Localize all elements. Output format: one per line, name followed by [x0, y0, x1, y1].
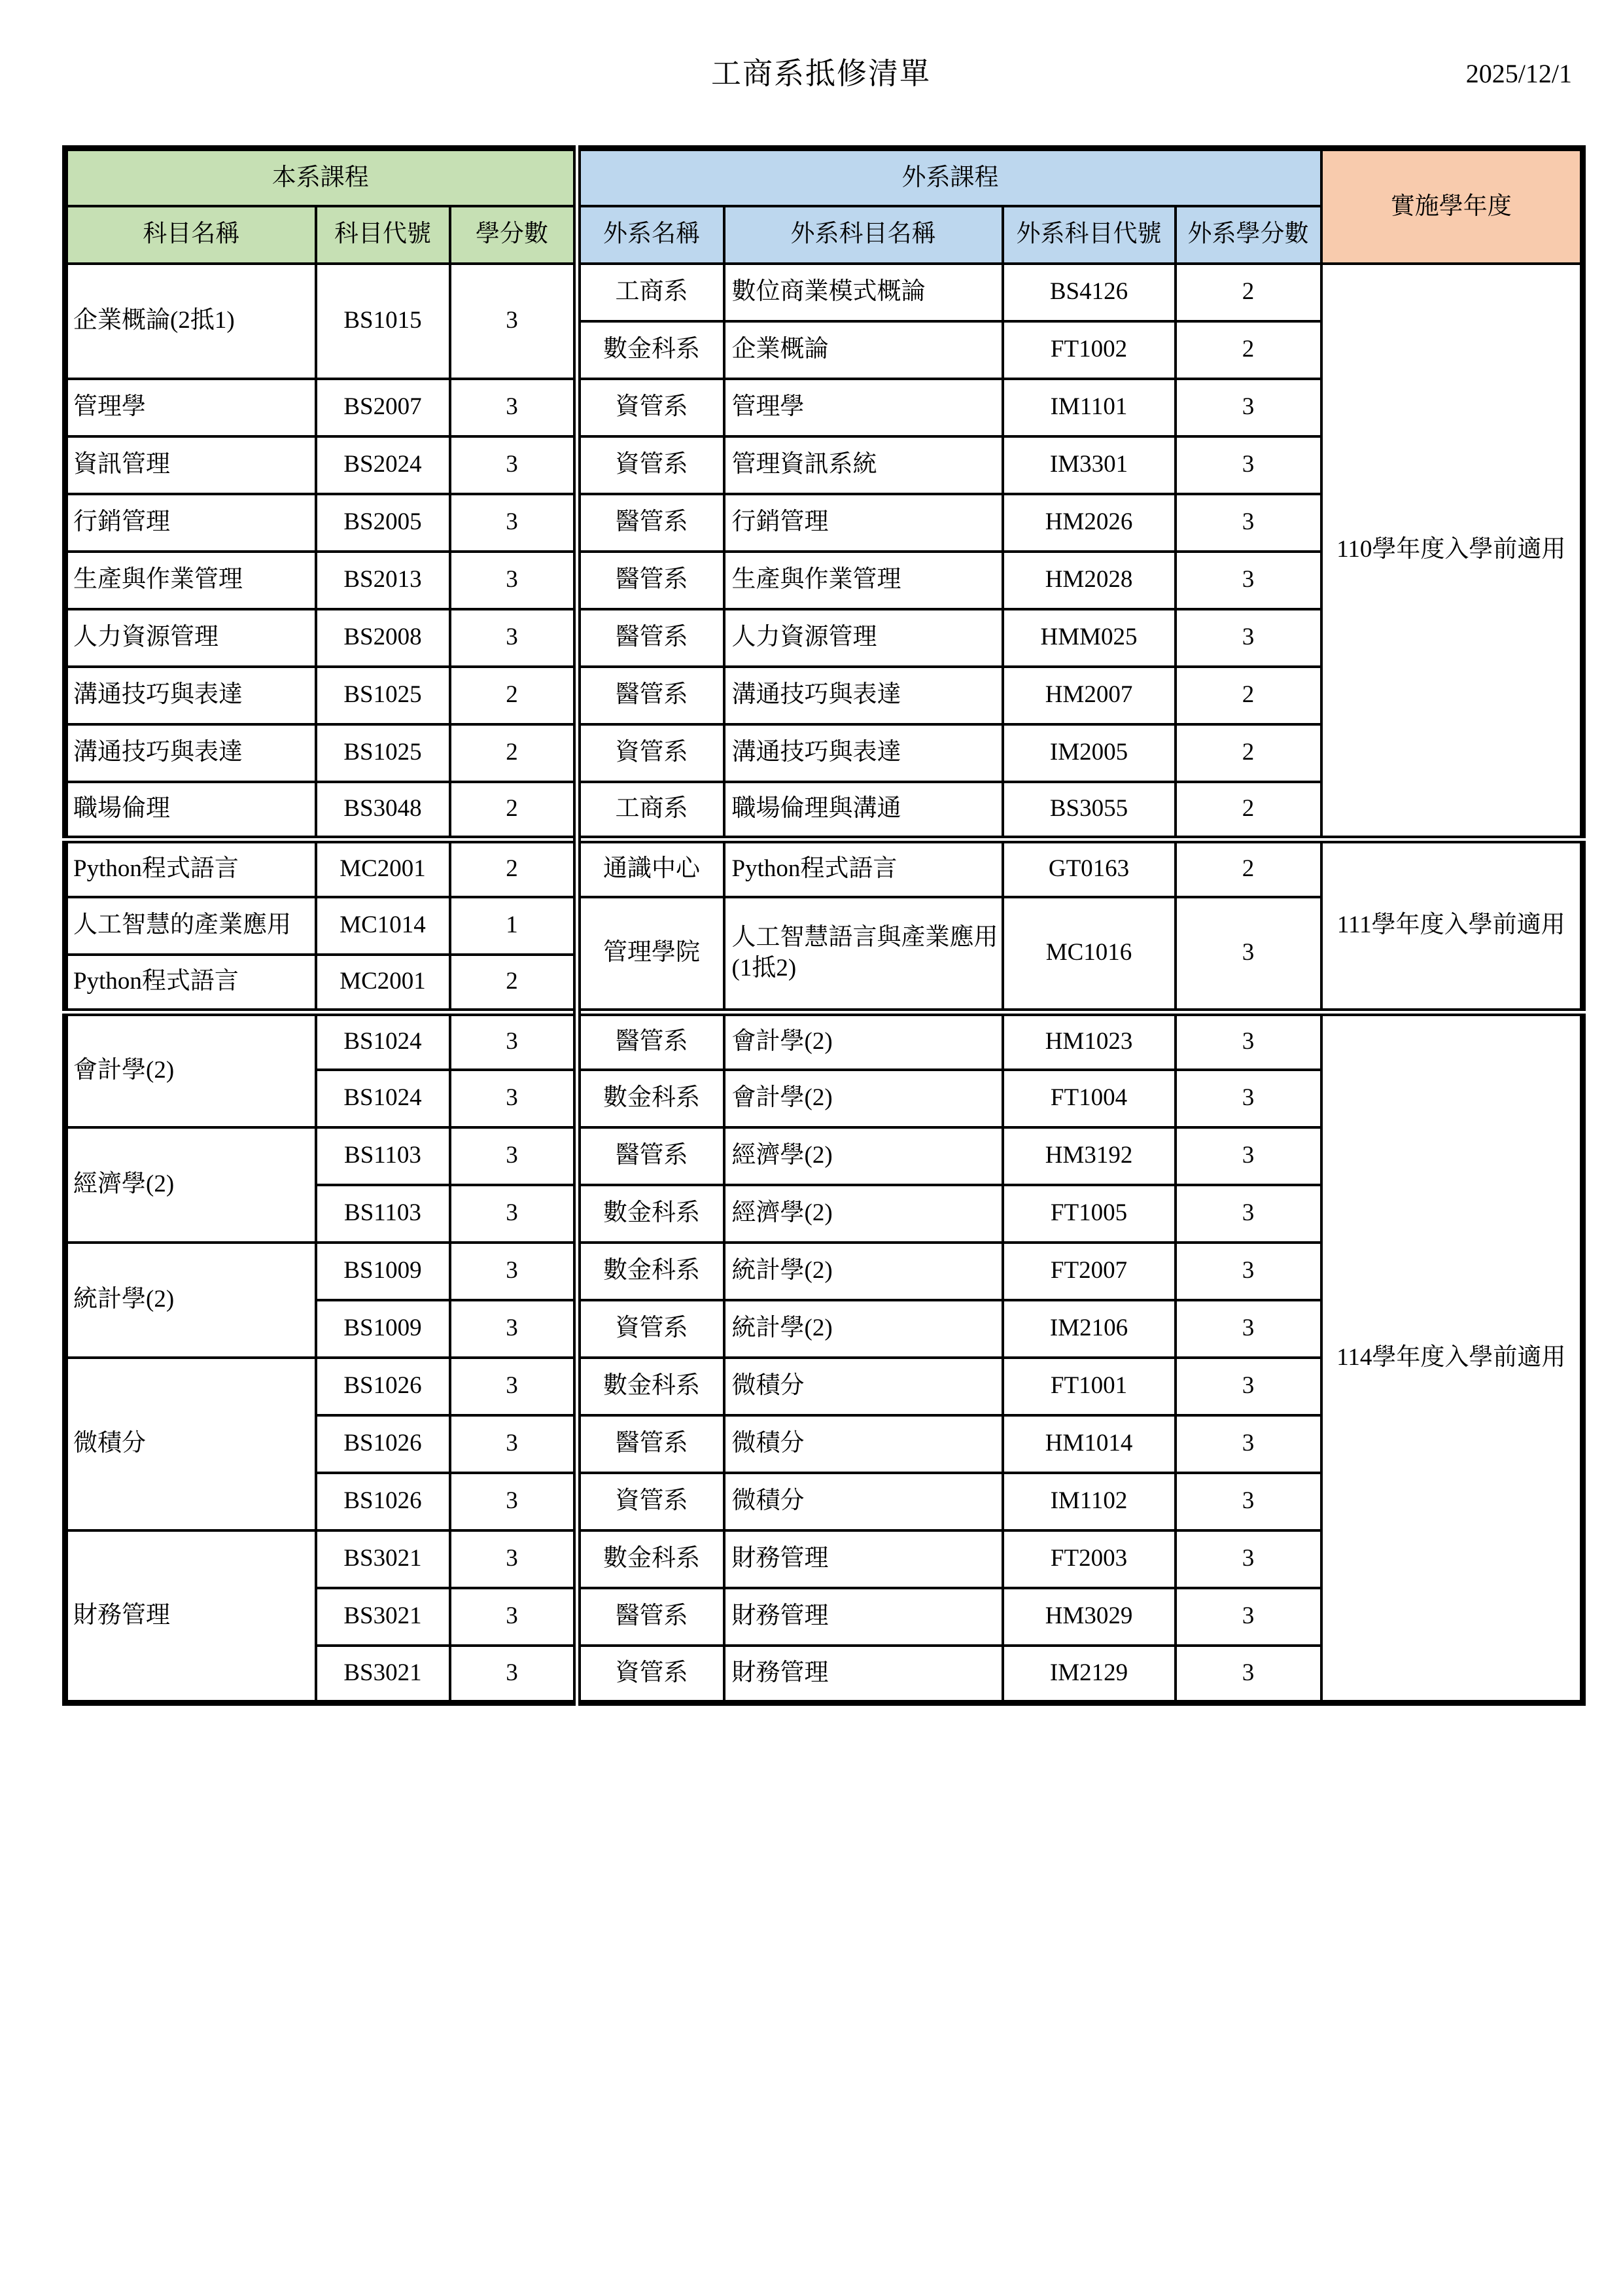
ext-dept-cell: 醫管系: [577, 667, 724, 724]
ext-dept-cell: 數金科系: [577, 1530, 724, 1588]
own-code-cell: BS1009: [316, 1300, 450, 1358]
own-name-cell: 行銷管理: [65, 494, 316, 552]
ext-credit-cell: 3: [1176, 436, 1321, 494]
ext-course-cell: 管理資訊系統: [724, 436, 1003, 494]
ext-course-cell: 微積分: [724, 1415, 1003, 1473]
own-code-cell: BS2007: [316, 379, 450, 436]
own-credit-cell: 3: [450, 1530, 577, 1588]
external-courses-group-header: 外系課程: [577, 149, 1321, 206]
ext-dept-cell: 數金科系: [577, 1070, 724, 1127]
own-credit-cell: 2: [450, 782, 577, 839]
ext-course-cell: 經濟學(2): [724, 1127, 1003, 1185]
ext-course-cell: 財務管理: [724, 1646, 1003, 1703]
ext-course-cell: 企業概論: [724, 321, 1003, 379]
ext-credit-cell: 3: [1176, 1530, 1321, 1588]
own-code-cell: BS1024: [316, 1012, 450, 1070]
own-code-cell: BS3021: [316, 1588, 450, 1646]
own-code-cell: BS3048: [316, 782, 450, 839]
ext-dept-cell: 醫管系: [577, 1588, 724, 1646]
year-cell: 111學年度入學前適用: [1321, 839, 1583, 1012]
own-code-cell: BS2008: [316, 609, 450, 667]
ext-course-cell: 統計學(2): [724, 1300, 1003, 1358]
own-credit-cell: 3: [450, 1588, 577, 1646]
ext-course-cell: 人工智慧語言與產業應用(1抵2): [724, 897, 1003, 1012]
ext-course-cell: 職場倫理與溝通: [724, 782, 1003, 839]
ext-course-cell: 管理學: [724, 379, 1003, 436]
ext-credit-cell: 3: [1176, 1358, 1321, 1415]
ext-credit-cell: 2: [1176, 724, 1321, 782]
own-name-cell: 溝通技巧與表達: [65, 724, 316, 782]
own-name-cell: 人力資源管理: [65, 609, 316, 667]
ext-course-cell: 人力資源管理: [724, 609, 1003, 667]
own-courses-group-header: 本系課程: [65, 149, 577, 206]
ext-code-cell: GT0163: [1003, 839, 1176, 897]
own-name-cell: 統計學(2): [65, 1243, 316, 1358]
own-code-cell: BS1025: [316, 724, 450, 782]
ext-course-cell: 會計學(2): [724, 1070, 1003, 1127]
own-credit-cell: 3: [450, 1415, 577, 1473]
own-name-cell: 職場倫理: [65, 782, 316, 839]
own-credit-cell: 3: [450, 1012, 577, 1070]
own-credit-cell: 3: [450, 1646, 577, 1703]
own-code-cell: BS3021: [316, 1646, 450, 1703]
col-header-ext-course: 外系科目名稱: [724, 206, 1003, 264]
year-cell: 110學年度入學前適用: [1321, 264, 1583, 839]
own-credit-cell: 2: [450, 955, 577, 1012]
own-name-cell: 會計學(2): [65, 1012, 316, 1127]
own-code-cell: BS1026: [316, 1415, 450, 1473]
own-credit-cell: 3: [450, 1243, 577, 1300]
implementation-year-header: 實施學年度: [1321, 149, 1583, 264]
ext-credit-cell: 3: [1176, 1415, 1321, 1473]
ext-credit-cell: 3: [1176, 897, 1321, 1012]
ext-dept-cell: 醫管系: [577, 552, 724, 609]
col-header-own-name: 科目名稱: [65, 206, 316, 264]
page-header: 工商系抵修清單 2025/12/1: [62, 51, 1580, 97]
ext-code-cell: IM1102: [1003, 1473, 1176, 1530]
own-code-cell: MC2001: [316, 955, 450, 1012]
own-credit-cell: 3: [450, 552, 577, 609]
col-header-ext-credit: 外系學分數: [1176, 206, 1321, 264]
ext-code-cell: IM1101: [1003, 379, 1176, 436]
own-credit-cell: 3: [450, 1358, 577, 1415]
table-row: 企業概論(2抵1) BS1015 3 工商系 數位商業模式概論 BS4126 2…: [65, 264, 1583, 321]
ext-credit-cell: 3: [1176, 1070, 1321, 1127]
ext-dept-cell: 資管系: [577, 1473, 724, 1530]
ext-course-cell: Python程式語言: [724, 839, 1003, 897]
ext-dept-cell: 醫管系: [577, 1127, 724, 1185]
table-row: 會計學(2) BS1024 3 醫管系 會計學(2) HM1023 3 114學…: [65, 1012, 1583, 1070]
ext-credit-cell: 2: [1176, 782, 1321, 839]
ext-course-cell: 生產與作業管理: [724, 552, 1003, 609]
own-credit-cell: 3: [450, 1127, 577, 1185]
ext-credit-cell: 3: [1176, 1588, 1321, 1646]
own-code-cell: BS1103: [316, 1185, 450, 1243]
ext-credit-cell: 3: [1176, 379, 1321, 436]
ext-code-cell: BS3055: [1003, 782, 1176, 839]
own-credit-cell: 2: [450, 839, 577, 897]
own-code-cell: MC2001: [316, 839, 450, 897]
ext-dept-cell: 通識中心: [577, 839, 724, 897]
ext-code-cell: HM2007: [1003, 667, 1176, 724]
ext-dept-cell: 工商系: [577, 264, 724, 321]
own-code-cell: BS3021: [316, 1530, 450, 1588]
ext-dept-cell: 醫管系: [577, 1012, 724, 1070]
own-name-cell: 財務管理: [65, 1530, 316, 1703]
own-credit-cell: 3: [450, 379, 577, 436]
ext-credit-cell: 3: [1176, 1243, 1321, 1300]
table-row: Python程式語言 MC2001 2 通識中心 Python程式語言 GT01…: [65, 839, 1583, 897]
ext-code-cell: MC1016: [1003, 897, 1176, 1012]
ext-dept-cell: 數金科系: [577, 1358, 724, 1415]
course-substitution-table: 本系課程 外系課程 實施學年度 科目名稱 科目代號 學分數 外系名稱 外系科目名…: [62, 145, 1586, 1706]
own-code-cell: BS1103: [316, 1127, 450, 1185]
ext-course-cell: 會計學(2): [724, 1012, 1003, 1070]
own-name-cell: 人工智慧的產業應用: [65, 897, 316, 955]
own-code-cell: BS1015: [316, 264, 450, 379]
ext-code-cell: HM2028: [1003, 552, 1176, 609]
ext-code-cell: FT1002: [1003, 321, 1176, 379]
ext-code-cell: HM1014: [1003, 1415, 1176, 1473]
own-name-cell: 管理學: [65, 379, 316, 436]
col-header-ext-code: 外系科目代號: [1003, 206, 1176, 264]
ext-course-cell: 財務管理: [724, 1530, 1003, 1588]
own-code-cell: BS1026: [316, 1358, 450, 1415]
ext-code-cell: IM2129: [1003, 1646, 1176, 1703]
ext-code-cell: BS4126: [1003, 264, 1176, 321]
ext-dept-cell: 資管系: [577, 436, 724, 494]
ext-credit-cell: 2: [1176, 321, 1321, 379]
ext-dept-cell: 資管系: [577, 1646, 724, 1703]
ext-credit-cell: 3: [1176, 1127, 1321, 1185]
ext-code-cell: HM1023: [1003, 1012, 1176, 1070]
col-header-own-code: 科目代號: [316, 206, 450, 264]
own-credit-cell: 2: [450, 724, 577, 782]
col-header-ext-dept: 外系名稱: [577, 206, 724, 264]
own-name-cell: 溝通技巧與表達: [65, 667, 316, 724]
table-group-header-row: 本系課程 外系課程 實施學年度: [65, 149, 1583, 206]
ext-code-cell: FT1001: [1003, 1358, 1176, 1415]
own-code-cell: BS2005: [316, 494, 450, 552]
own-credit-cell: 2: [450, 667, 577, 724]
ext-credit-cell: 3: [1176, 1185, 1321, 1243]
ext-course-cell: 微積分: [724, 1473, 1003, 1530]
ext-dept-cell: 數金科系: [577, 321, 724, 379]
doc-date: 2025/12/1: [1466, 51, 1572, 97]
ext-code-cell: HM3192: [1003, 1127, 1176, 1185]
ext-course-cell: 行銷管理: [724, 494, 1003, 552]
own-credit-cell: 3: [450, 1300, 577, 1358]
ext-credit-cell: 2: [1176, 667, 1321, 724]
ext-credit-cell: 3: [1176, 1012, 1321, 1070]
ext-course-cell: 財務管理: [724, 1588, 1003, 1646]
ext-code-cell: IM2106: [1003, 1300, 1176, 1358]
ext-code-cell: FT1005: [1003, 1185, 1176, 1243]
ext-credit-cell: 3: [1176, 1300, 1321, 1358]
own-name-cell: 資訊管理: [65, 436, 316, 494]
ext-dept-cell: 醫管系: [577, 494, 724, 552]
ext-dept-cell: 資管系: [577, 1300, 724, 1358]
own-code-cell: MC1014: [316, 897, 450, 955]
own-code-cell: BS2013: [316, 552, 450, 609]
ext-credit-cell: 2: [1176, 264, 1321, 321]
ext-dept-cell: 數金科系: [577, 1243, 724, 1300]
own-code-cell: BS1025: [316, 667, 450, 724]
ext-credit-cell: 3: [1176, 494, 1321, 552]
own-name-cell: 經濟學(2): [65, 1127, 316, 1243]
own-credit-cell: 3: [450, 1070, 577, 1127]
ext-code-cell: IM3301: [1003, 436, 1176, 494]
own-code-cell: BS2024: [316, 436, 450, 494]
ext-course-cell: 溝通技巧與表達: [724, 667, 1003, 724]
ext-credit-cell: 3: [1176, 1473, 1321, 1530]
ext-credit-cell: 3: [1176, 1646, 1321, 1703]
own-credit-cell: 1: [450, 897, 577, 955]
ext-code-cell: FT2003: [1003, 1530, 1176, 1588]
own-name-cell: Python程式語言: [65, 955, 316, 1012]
own-name-cell: 微積分: [65, 1358, 316, 1530]
ext-dept-cell: 資管系: [577, 724, 724, 782]
own-name-cell: 企業概論(2抵1): [65, 264, 316, 379]
ext-dept-cell: 資管系: [577, 379, 724, 436]
ext-credit-cell: 3: [1176, 609, 1321, 667]
own-credit-cell: 3: [450, 494, 577, 552]
own-code-cell: BS1026: [316, 1473, 450, 1530]
ext-course-cell: 溝通技巧與表達: [724, 724, 1003, 782]
own-name-cell: 生產與作業管理: [65, 552, 316, 609]
ext-course-cell: 經濟學(2): [724, 1185, 1003, 1243]
ext-dept-cell: 醫管系: [577, 1415, 724, 1473]
ext-course-cell: 數位商業模式概論: [724, 264, 1003, 321]
course-substitution-table-wrap: 本系課程 外系課程 實施學年度 科目名稱 科目代號 學分數 外系名稱 外系科目名…: [62, 145, 1586, 1706]
ext-code-cell: IM2005: [1003, 724, 1176, 782]
ext-credit-cell: 3: [1176, 552, 1321, 609]
ext-course-cell: 統計學(2): [724, 1243, 1003, 1300]
ext-code-cell: HM2026: [1003, 494, 1176, 552]
ext-course-cell: 微積分: [724, 1358, 1003, 1415]
ext-dept-cell: 數金科系: [577, 1185, 724, 1243]
doc-title: 工商系抵修清單: [62, 51, 1580, 97]
ext-credit-cell: 2: [1176, 839, 1321, 897]
own-credit-cell: 3: [450, 436, 577, 494]
own-credit-cell: 3: [450, 1185, 577, 1243]
ext-dept-cell: 管理學院: [577, 897, 724, 1012]
own-name-cell: Python程式語言: [65, 839, 316, 897]
own-code-cell: BS1024: [316, 1070, 450, 1127]
year-cell: 114學年度入學前適用: [1321, 1012, 1583, 1703]
ext-code-cell: HMM025: [1003, 609, 1176, 667]
ext-dept-cell: 工商系: [577, 782, 724, 839]
ext-code-cell: FT1004: [1003, 1070, 1176, 1127]
own-credit-cell: 3: [450, 264, 577, 379]
own-credit-cell: 3: [450, 609, 577, 667]
ext-dept-cell: 醫管系: [577, 609, 724, 667]
own-credit-cell: 3: [450, 1473, 577, 1530]
ext-code-cell: HM3029: [1003, 1588, 1176, 1646]
ext-code-cell: FT2007: [1003, 1243, 1176, 1300]
col-header-own-credit: 學分數: [450, 206, 577, 264]
own-code-cell: BS1009: [316, 1243, 450, 1300]
